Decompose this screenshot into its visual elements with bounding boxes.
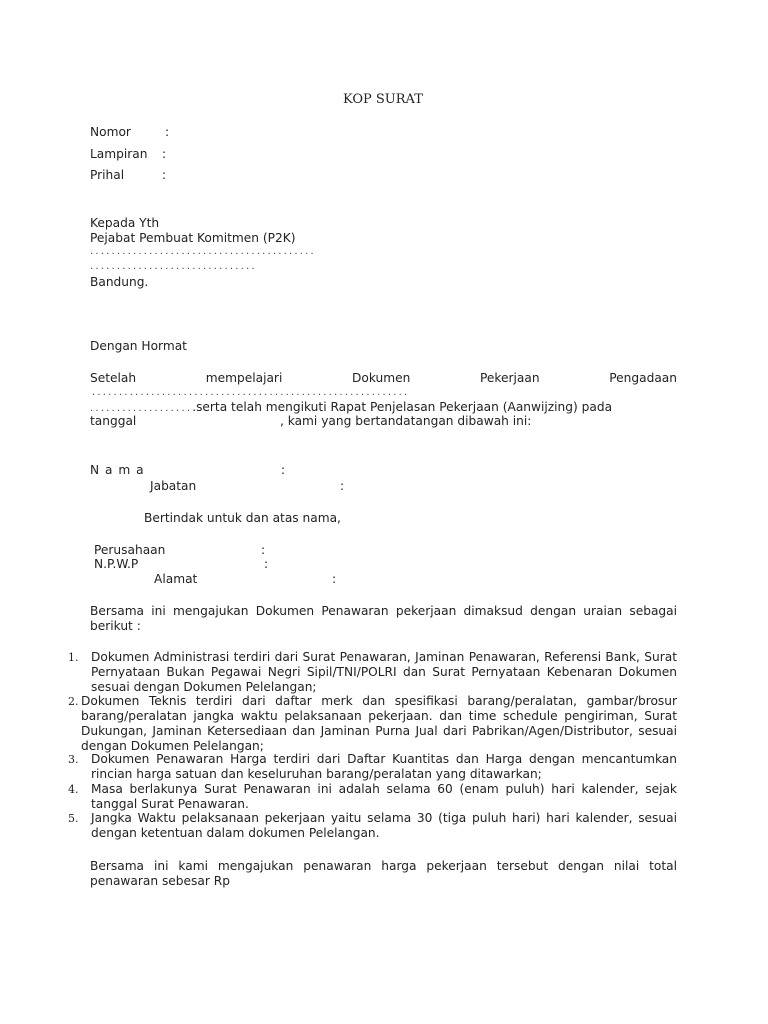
- list-item-text: Dokumen Teknis terdiri dari daftar merk …: [81, 694, 677, 754]
- company-label-alamat: Alamat: [154, 572, 197, 586]
- intro-word: Pekerjaan: [480, 371, 540, 385]
- list-item-text-content: Dokumen Teknis terdiri dari daftar merk …: [81, 694, 677, 753]
- closing-paragraph: Bersama ini kami mengajukan penawaran ha…: [90, 859, 677, 889]
- recipient-line1: Kepada Yth: [90, 216, 159, 230]
- signer-label-jabatan: Jabatan: [150, 479, 196, 493]
- field-sep-lampiran: :: [162, 147, 166, 161]
- signer-sep-nama: :: [281, 463, 285, 477]
- intro-word: mempelajari: [206, 371, 283, 385]
- list-item-number: 2.: [68, 695, 79, 708]
- list-item-number: 4.: [68, 783, 79, 796]
- list-item-text: Masa berlakunya Surat Penawaran ini adal…: [91, 782, 677, 812]
- intro-line3: ....................serta telah mengikut…: [90, 400, 612, 414]
- intro-word: Pengadaan: [609, 371, 677, 385]
- intro-line4-a: tanggal: [90, 414, 136, 428]
- list-item-text: Dokumen Administrasi terdiri dari Surat …: [91, 650, 677, 695]
- intro-dots-line: ........................................…: [92, 387, 409, 398]
- recipient-line2: Pejabat Pembuat Komitmen (P2K): [90, 231, 295, 245]
- intro-line4-b: , kami yang bertandatangan dibawah ini:: [280, 414, 531, 428]
- recipient-city: Bandung.: [90, 275, 148, 289]
- company-sep-alamat: :: [332, 572, 336, 586]
- intro-word: Setelah: [90, 371, 136, 385]
- field-sep-prihal: :: [162, 168, 166, 182]
- recipient-dots2: ...............................: [90, 261, 257, 272]
- intro-line3-rest: .serta telah mengikuti Rapat Penjelasan …: [192, 400, 612, 414]
- list-item-text: Dokumen Penawaran Harga terdiri dari Daf…: [91, 752, 677, 782]
- company-label-perusahaan: Perusahaan: [94, 543, 165, 557]
- greeting: Dengan Hormat: [90, 339, 187, 353]
- intro-dots-lead: ...................: [90, 403, 192, 414]
- signer-label-nama: N a m a: [90, 463, 145, 477]
- signer-sep-jabatan: :: [340, 479, 344, 493]
- intro-line1: Setelah mempelajari Dokumen Pekerjaan Pe…: [90, 371, 677, 385]
- intro-word: Dokumen: [352, 371, 410, 385]
- company-sep-npwp: :: [264, 557, 268, 571]
- acting-for: Bertindak untuk dan atas nama,: [144, 511, 341, 525]
- list-item-text: Jangka Waktu pelaksanaan pekerjaan yaitu…: [91, 811, 677, 841]
- company-sep-perusahaan: :: [261, 543, 265, 557]
- field-label-lampiran: Lampiran: [90, 147, 147, 161]
- list-item-number: 5.: [68, 812, 79, 825]
- list-item-number: 3.: [68, 753, 79, 766]
- field-label-nomor: Nomor: [90, 125, 131, 139]
- field-sep-nomor: :: [165, 125, 169, 139]
- field-label-prihal: Prihal: [90, 168, 124, 182]
- submission-intro: Bersama ini mengajukan Dokumen Penawaran…: [90, 604, 677, 634]
- letter-title: KOP SURAT: [343, 92, 423, 107]
- company-label-npwp: N.P.W.P: [94, 557, 138, 571]
- list-item-number: 1.: [68, 651, 79, 664]
- recipient-dots1: ........................................…: [90, 246, 316, 257]
